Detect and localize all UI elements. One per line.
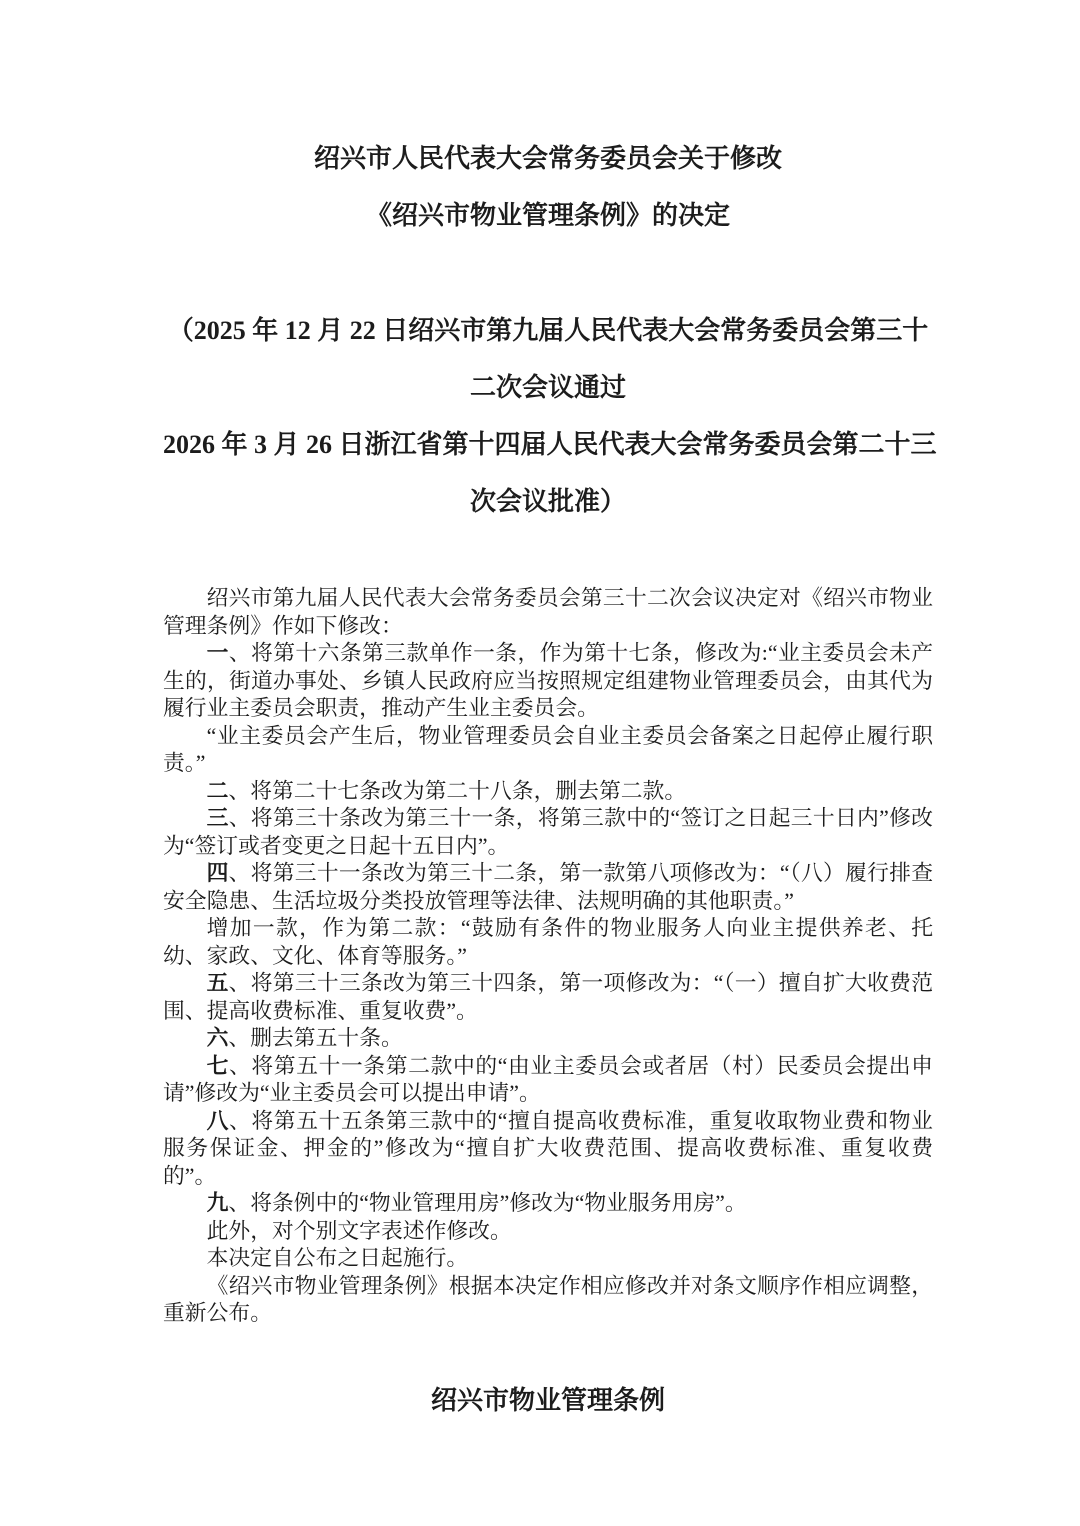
meta-line: 2026 年 3 月 26 日浙江省第十四届人民代表大会常务委员会第二十三 (163, 416, 933, 473)
document-content: 绍兴市人民代表大会常务委员会关于修改 《绍兴市物业管理条例》的决定 （2025 … (163, 0, 933, 1429)
paragraph-text: 、删去第五十条。 (228, 1026, 402, 1050)
closing-paragraph-effective-date: 本决定自公布之日起施行。 (163, 1245, 933, 1273)
paragraph-text: 、将条例中的“物业管理用房”修改为“物业服务用房”。 (228, 1191, 746, 1215)
amendment-item-1: 一、将第十六条第三款单作一条，作为第十七条，修改为:“业主委员会未产生的，街道办… (163, 640, 933, 723)
item-number: 六 (207, 1026, 229, 1050)
paragraph-text: “业主委员会产生后，物业管理委员会自业主委员会备案之日起停止履行职责。” (163, 724, 933, 776)
title-line: 《绍兴市物业管理条例》的决定 (163, 187, 933, 244)
intro-paragraph: 绍兴市第九届人民代表大会常务委员会第三十二次会议决定对《绍兴市物业管理条例》作如… (163, 585, 933, 640)
item-number: 四 (207, 861, 229, 885)
paragraph-text: 绍兴市第九届人民代表大会常务委员会第三十二次会议决定对《绍兴市物业管理条例》作如… (163, 586, 933, 638)
amendment-item-4: 四、将第三十一条改为第三十二条，第一款第八项修改为：“（八）履行排查安全隐患、生… (163, 860, 933, 915)
amendment-item-7: 七、将第五十一条第二款中的“由业主委员会或者居（村）民委员会提出申请”修改为“业… (163, 1053, 933, 1108)
paragraph-text: 《绍兴市物业管理条例》根据本决定作相应修改并对条文顺序作相应调整，重新公布。 (163, 1274, 933, 1326)
paragraph-text: 增加一款，作为第二款：“鼓励有条件的物业服务人向业主提供养老、托幼、家政、文化、… (163, 916, 933, 968)
amendment-item-1-continued: “业主委员会产生后，物业管理委员会自业主委员会备案之日起停止履行职责。” (163, 723, 933, 778)
item-number: 三 (207, 806, 229, 830)
regulation-heading: 绍兴市物业管理条例 (163, 1372, 933, 1429)
paragraph-text: 、将第五十一条第二款中的“由业主委员会或者居（村）民委员会提出申请”修改为“业主… (163, 1054, 933, 1106)
item-number: 二 (207, 779, 229, 803)
item-number: 五 (207, 971, 229, 995)
amendment-item-8: 八、将第五十五条第三款中的“擅自提高收费标准，重复收取物业费和物业服务保证金、押… (163, 1108, 933, 1191)
item-number: 八 (207, 1109, 229, 1133)
closing-paragraph-republication: 《绍兴市物业管理条例》根据本决定作相应修改并对条文顺序作相应调整，重新公布。 (163, 1273, 933, 1328)
paragraph-text: 、将第十六条第三款单作一条，作为第十七条，修改为:“业主委员会未产生的，街道办事… (163, 641, 933, 720)
amendment-item-9: 九、将条例中的“物业管理用房”修改为“物业服务用房”。 (163, 1190, 933, 1218)
paragraph-text: 、将第三十条改为第三十一条，将第三款中的“签订之日起三十日内”修改为“签订或者变… (163, 806, 933, 858)
document-page: 绍兴市人民代表大会常务委员会关于修改 《绍兴市物业管理条例》的决定 （2025 … (0, 0, 1080, 1526)
amendment-item-5: 五、将第三十三条改为第三十四条，第一项修改为：“（一）擅自扩大收费范围、提高收费… (163, 970, 933, 1025)
item-number: 九 (207, 1191, 229, 1215)
item-number: 一 (207, 641, 229, 665)
title-line: 绍兴市人民代表大会常务委员会关于修改 (163, 130, 933, 187)
adoption-approval-note: （2025 年 12 月 22 日绍兴市第九届人民代表大会常务委员会第三十 二次… (163, 302, 933, 530)
paragraph-text: 本决定自公布之日起施行。 (207, 1246, 469, 1270)
meta-line: 二次会议通过 (163, 359, 933, 416)
document-body: 绍兴市第九届人民代表大会常务委员会第三十二次会议决定对《绍兴市物业管理条例》作如… (163, 585, 933, 1328)
closing-paragraph-wording: 此外，对个别文字表述作修改。 (163, 1218, 933, 1246)
item-number: 七 (207, 1054, 229, 1078)
paragraph-text: 、将第三十三条改为第三十四条，第一项修改为：“（一）擅自扩大收费范围、提高收费标… (163, 971, 933, 1023)
document-title: 绍兴市人民代表大会常务委员会关于修改 《绍兴市物业管理条例》的决定 (163, 130, 933, 244)
meta-line: （2025 年 12 月 22 日绍兴市第九届人民代表大会常务委员会第三十 (163, 302, 933, 359)
meta-line: 次会议批准） (163, 473, 933, 530)
amendment-item-4-continued: 增加一款，作为第二款：“鼓励有条件的物业服务人向业主提供养老、托幼、家政、文化、… (163, 915, 933, 970)
paragraph-text: 、将第三十一条改为第三十二条，第一款第八项修改为：“（八）履行排查安全隐患、生活… (163, 861, 933, 913)
amendment-item-2: 二、将第二十七条改为第二十八条，删去第二款。 (163, 778, 933, 806)
paragraph-text: 、将第二十七条改为第二十八条，删去第二款。 (228, 779, 686, 803)
paragraph-text: 、将第五十五条第三款中的“擅自提高收费标准，重复收取物业费和物业服务保证金、押金… (163, 1109, 933, 1188)
paragraph-text: 此外，对个别文字表述作修改。 (207, 1219, 512, 1243)
amendment-item-3: 三、将第三十条改为第三十一条，将第三款中的“签订之日起三十日内”修改为“签订或者… (163, 805, 933, 860)
amendment-item-6: 六、删去第五十条。 (163, 1025, 933, 1053)
